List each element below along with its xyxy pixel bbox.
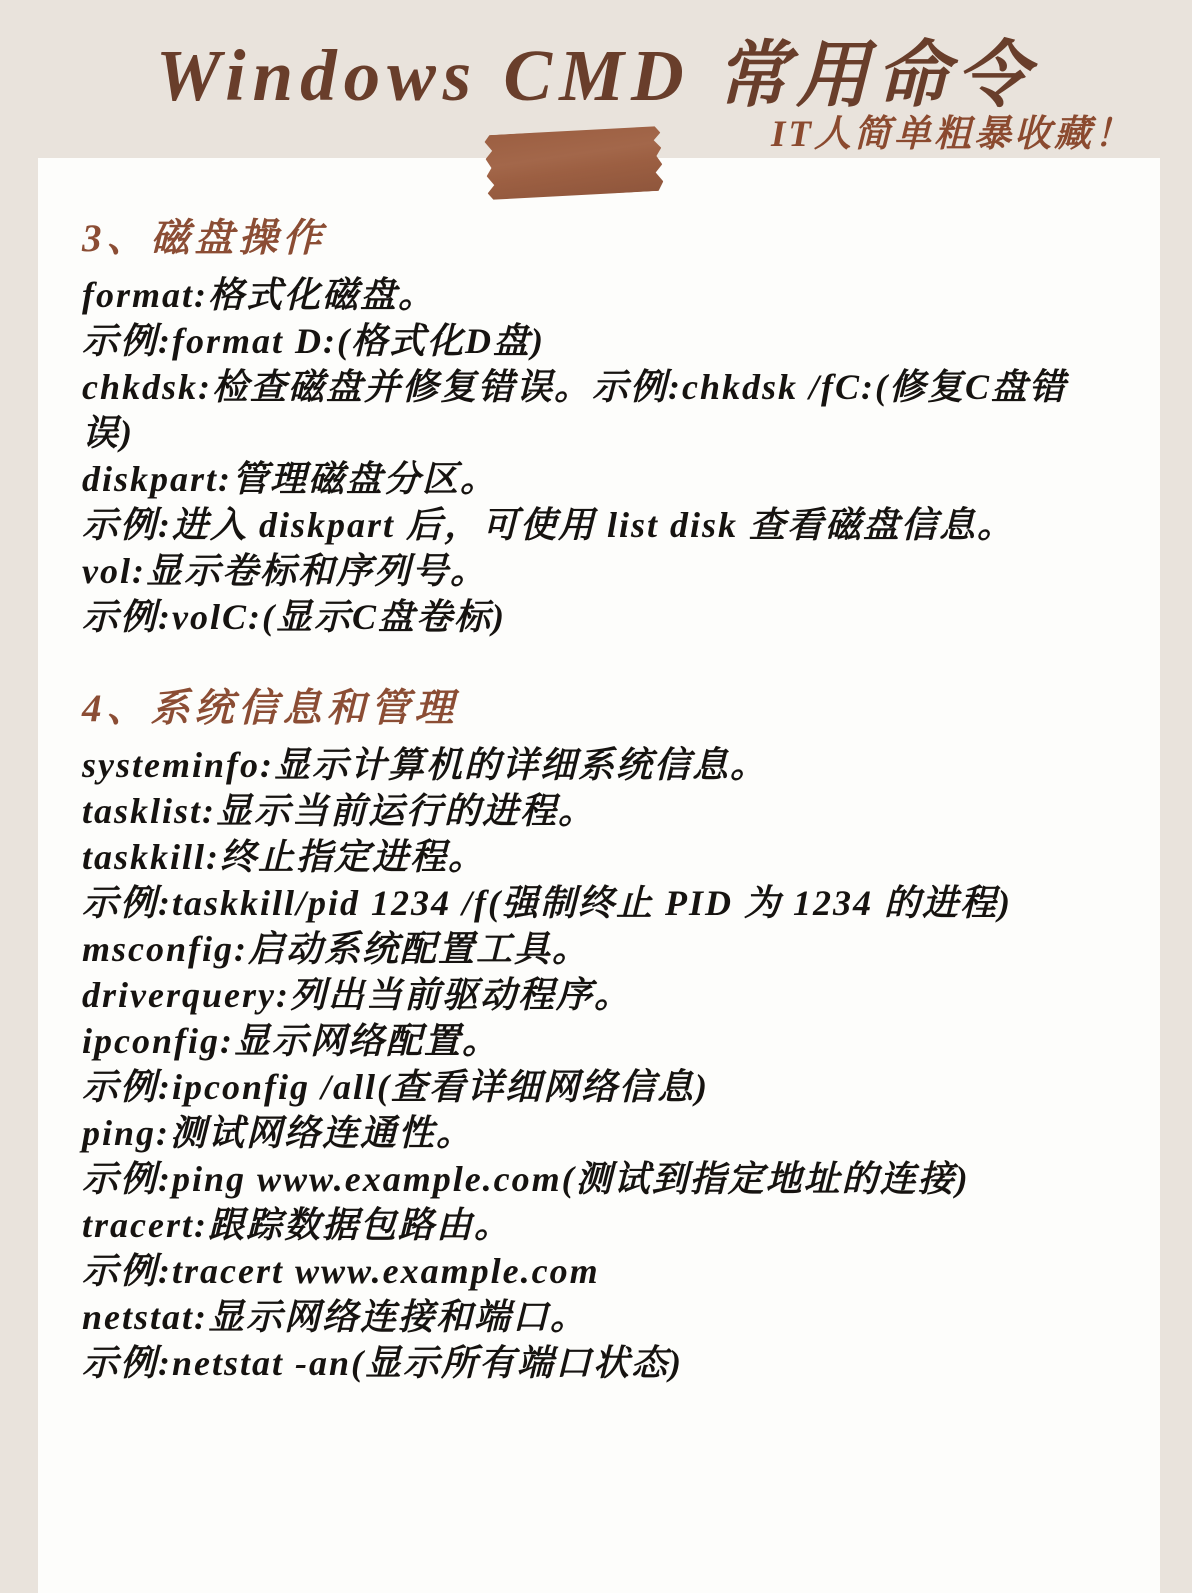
command-line: tracert:跟踪数据包路由。: [82, 1202, 1116, 1248]
command-line: 示例:volC:(显示C盘卷标): [82, 594, 1116, 640]
command-line: 示例:进入 diskpart 后，可使用 list disk 查看磁盘信息。: [82, 502, 1116, 548]
command-line: 示例:format D:(格式化D盘): [82, 318, 1116, 364]
section-4-heading: 4、系统信息和管理: [82, 684, 1116, 734]
section-system-info-management: 4、系统信息和管理 systeminfo:显示计算机的详细系统信息。 taskl…: [82, 684, 1116, 1386]
section-disk-operations: 3、磁盘操作 format:格式化磁盘。 示例:format D:(格式化D盘)…: [82, 214, 1116, 640]
section-3-heading: 3、磁盘操作: [82, 214, 1116, 264]
command-line: 示例:netstat -an(显示所有端口状态): [82, 1340, 1116, 1386]
command-line: ping:测试网络连通性。: [82, 1110, 1116, 1156]
washi-tape-decoration: [484, 125, 664, 202]
content-card: 3、磁盘操作 format:格式化磁盘。 示例:format D:(格式化D盘)…: [38, 158, 1160, 1593]
command-line: format:格式化磁盘。: [82, 272, 1116, 318]
command-line: diskpart:管理磁盘分区。: [82, 456, 1116, 502]
command-line: netstat:显示网络连接和端口。: [82, 1294, 1116, 1340]
command-line: driverquery:列出当前驱动程序。: [82, 972, 1116, 1018]
poster: Windows CMD 常用命令 IT人简单粗暴收藏！ 3、磁盘操作 forma…: [0, 0, 1192, 1593]
command-line: systeminfo:显示计算机的详细系统信息。: [82, 742, 1116, 788]
command-line: 示例:tracert www.example.com: [82, 1248, 1116, 1294]
command-line: chkdsk:检查磁盘并修复错误。示例:chkdsk /fC:(修复C盘错误): [82, 364, 1116, 456]
command-line: ipconfig:显示网络配置。: [82, 1018, 1116, 1064]
command-line: tasklist:显示当前运行的进程。: [82, 788, 1116, 834]
command-line: 示例:taskkill/pid 1234 /f(强制终止 PID 为 1234 …: [82, 880, 1116, 926]
command-line: 示例:ipconfig /all(查看详细网络信息): [82, 1064, 1116, 1110]
command-line: vol:显示卷标和序列号。: [82, 548, 1116, 594]
command-line: 示例:ping www.example.com(测试到指定地址的连接): [82, 1156, 1116, 1202]
command-line: msconfig:启动系统配置工具。: [82, 926, 1116, 972]
page-subtitle: IT人简单粗暴收藏！: [771, 103, 1134, 157]
command-line: taskkill:终止指定进程。: [82, 834, 1116, 880]
